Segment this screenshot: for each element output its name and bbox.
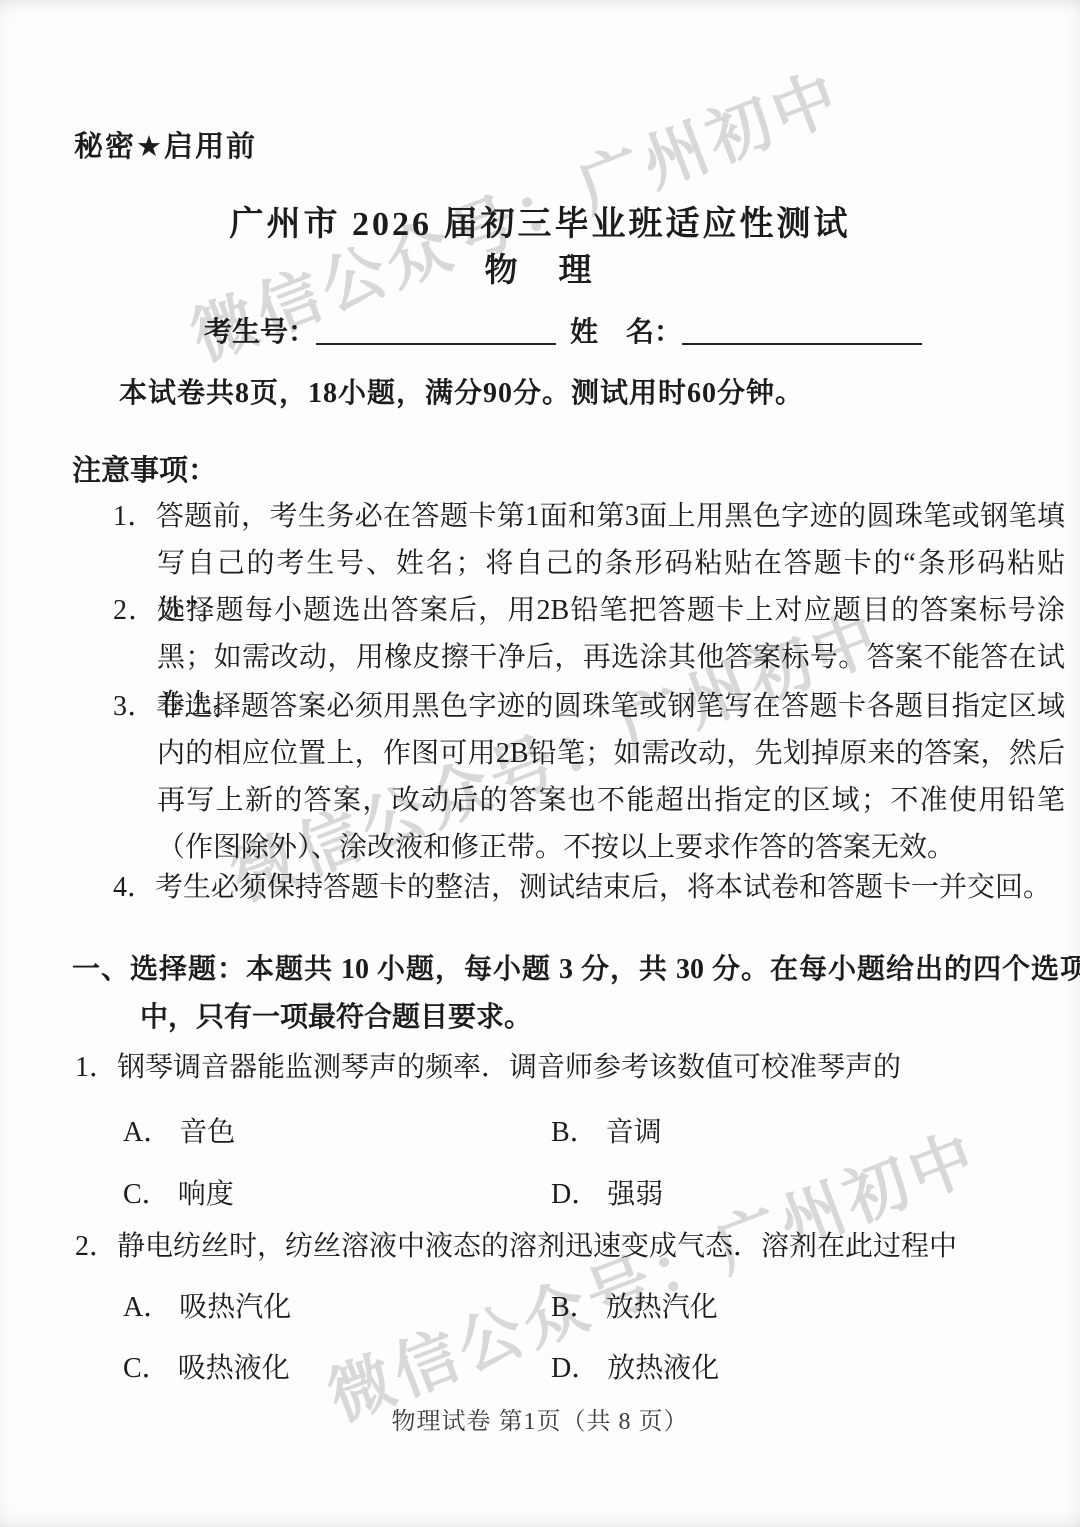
option-c-label: C． xyxy=(123,1179,170,1210)
question-2-option-c: C．吸热液化 xyxy=(123,1346,551,1386)
notice-item-4-number: 4． xyxy=(113,872,155,903)
option-b-text: 放热汽化 xyxy=(606,1292,718,1323)
option-d-text: 放热液化 xyxy=(607,1353,719,1384)
notice-item-3-number: 3． xyxy=(113,691,156,722)
notice-item-3: 3．非选择题答案必须用黑色字迹的圆珠笔或钢笔写在答题卡各题目指定区域内的相应位置… xyxy=(113,683,1065,871)
option-c-text: 吸热液化 xyxy=(178,1353,290,1384)
option-d-label: D． xyxy=(551,1179,599,1210)
option-a-label: A． xyxy=(123,1117,171,1148)
exam-subject: 物 理 xyxy=(0,244,1080,291)
candidate-info-row: 考生号：姓 名： xyxy=(204,310,922,350)
question-2-option-a: A．吸热汽化 xyxy=(123,1285,551,1325)
notice-item-2-number: 2． xyxy=(113,595,157,626)
question-2-option-d: D．放热液化 xyxy=(551,1346,979,1386)
notice-item-1-number: 1． xyxy=(113,501,156,532)
question-2-number: 2． xyxy=(75,1231,117,1262)
candidate-name-blank xyxy=(682,313,922,345)
question-1: 1．钢琴调音器能监测琴声的频率．调音师参考该数值可校准琴声的 xyxy=(75,1046,1064,1090)
question-1-option-b: B．音调 xyxy=(551,1110,979,1150)
exam-paper-page: 微信公众号：广州初中 微信公众号：广州初中 微信公众号：广州初中 秘密★启用前 … xyxy=(0,0,1080,1527)
option-a-text: 吸热汽化 xyxy=(179,1292,291,1323)
question-1-option-d: D．强弱 xyxy=(551,1172,979,1212)
exam-number-blank xyxy=(316,313,556,345)
watermark-bottom: 微信公众号：广州初中 xyxy=(313,1105,990,1438)
question-1-options-row-2: C．响度D．强弱 xyxy=(123,1172,1043,1212)
notes-heading: 注意事项： xyxy=(72,448,217,489)
question-1-option-c: C．响度 xyxy=(123,1172,551,1212)
question-1-option-a: A．音色 xyxy=(123,1110,551,1150)
option-b-text: 音调 xyxy=(606,1117,662,1148)
option-a-text: 音色 xyxy=(179,1117,235,1148)
option-d-label: D． xyxy=(551,1353,599,1384)
page-footer: 物理试卷 第1页（共 8 页） xyxy=(0,1401,1080,1436)
candidate-name-label: 姓 名： xyxy=(570,317,682,348)
question-2-options-row-2: C．吸热液化D．放热液化 xyxy=(123,1346,1043,1386)
question-2-options-row-1: A．吸热汽化B．放热汽化 xyxy=(123,1285,1043,1325)
classification-label: 秘密★启用前 xyxy=(74,124,257,165)
paper-info-line: 本试卷共8页，18小题，满分90分。测试用时60分钟。 xyxy=(119,371,804,411)
question-2-option-b: B．放热汽化 xyxy=(551,1285,979,1325)
option-d-text: 强弱 xyxy=(607,1179,663,1210)
option-b-label: B． xyxy=(551,1117,598,1148)
question-2-stem: 静电纺丝时，纺丝溶液中液态的溶剂迅速变成气态．溶剂在此过程中 xyxy=(117,1231,957,1262)
notice-item-4: 4．考生必须保持答题卡的整洁，测试结束后，将本试卷和答题卡一并交回。 xyxy=(113,864,1065,911)
section-1-heading: 一、选择题：本题共 10 小题，每小题 3 分，共 30 分。在每小题给出的四个… xyxy=(72,946,1080,1042)
exam-title: 广州市 2026 届初三毕业班适应性测试 xyxy=(0,196,1080,245)
question-1-options-row-1: A．音色B．音调 xyxy=(123,1110,1043,1150)
option-b-label: B． xyxy=(551,1292,598,1323)
question-2: 2．静电纺丝时，纺丝溶液中液态的溶剂迅速变成气态．溶剂在此过程中 xyxy=(75,1225,1064,1269)
notice-item-4-text: 考生必须保持答题卡的整洁，测试结束后，将本试卷和答题卡一并交回。 xyxy=(155,872,1051,903)
exam-number-label: 考生号： xyxy=(204,317,316,348)
option-c-label: C． xyxy=(123,1353,170,1384)
question-1-stem: 钢琴调音器能监测琴声的频率．调音师参考该数值可校准琴声的 xyxy=(117,1052,901,1083)
notice-item-3-text: 非选择题答案必须用黑色字迹的圆珠笔或钢笔写在答题卡各题目指定区域内的相应位置上，… xyxy=(156,691,1065,863)
option-a-label: A． xyxy=(123,1292,171,1323)
question-1-number: 1． xyxy=(75,1052,117,1083)
option-c-text: 响度 xyxy=(178,1179,234,1210)
